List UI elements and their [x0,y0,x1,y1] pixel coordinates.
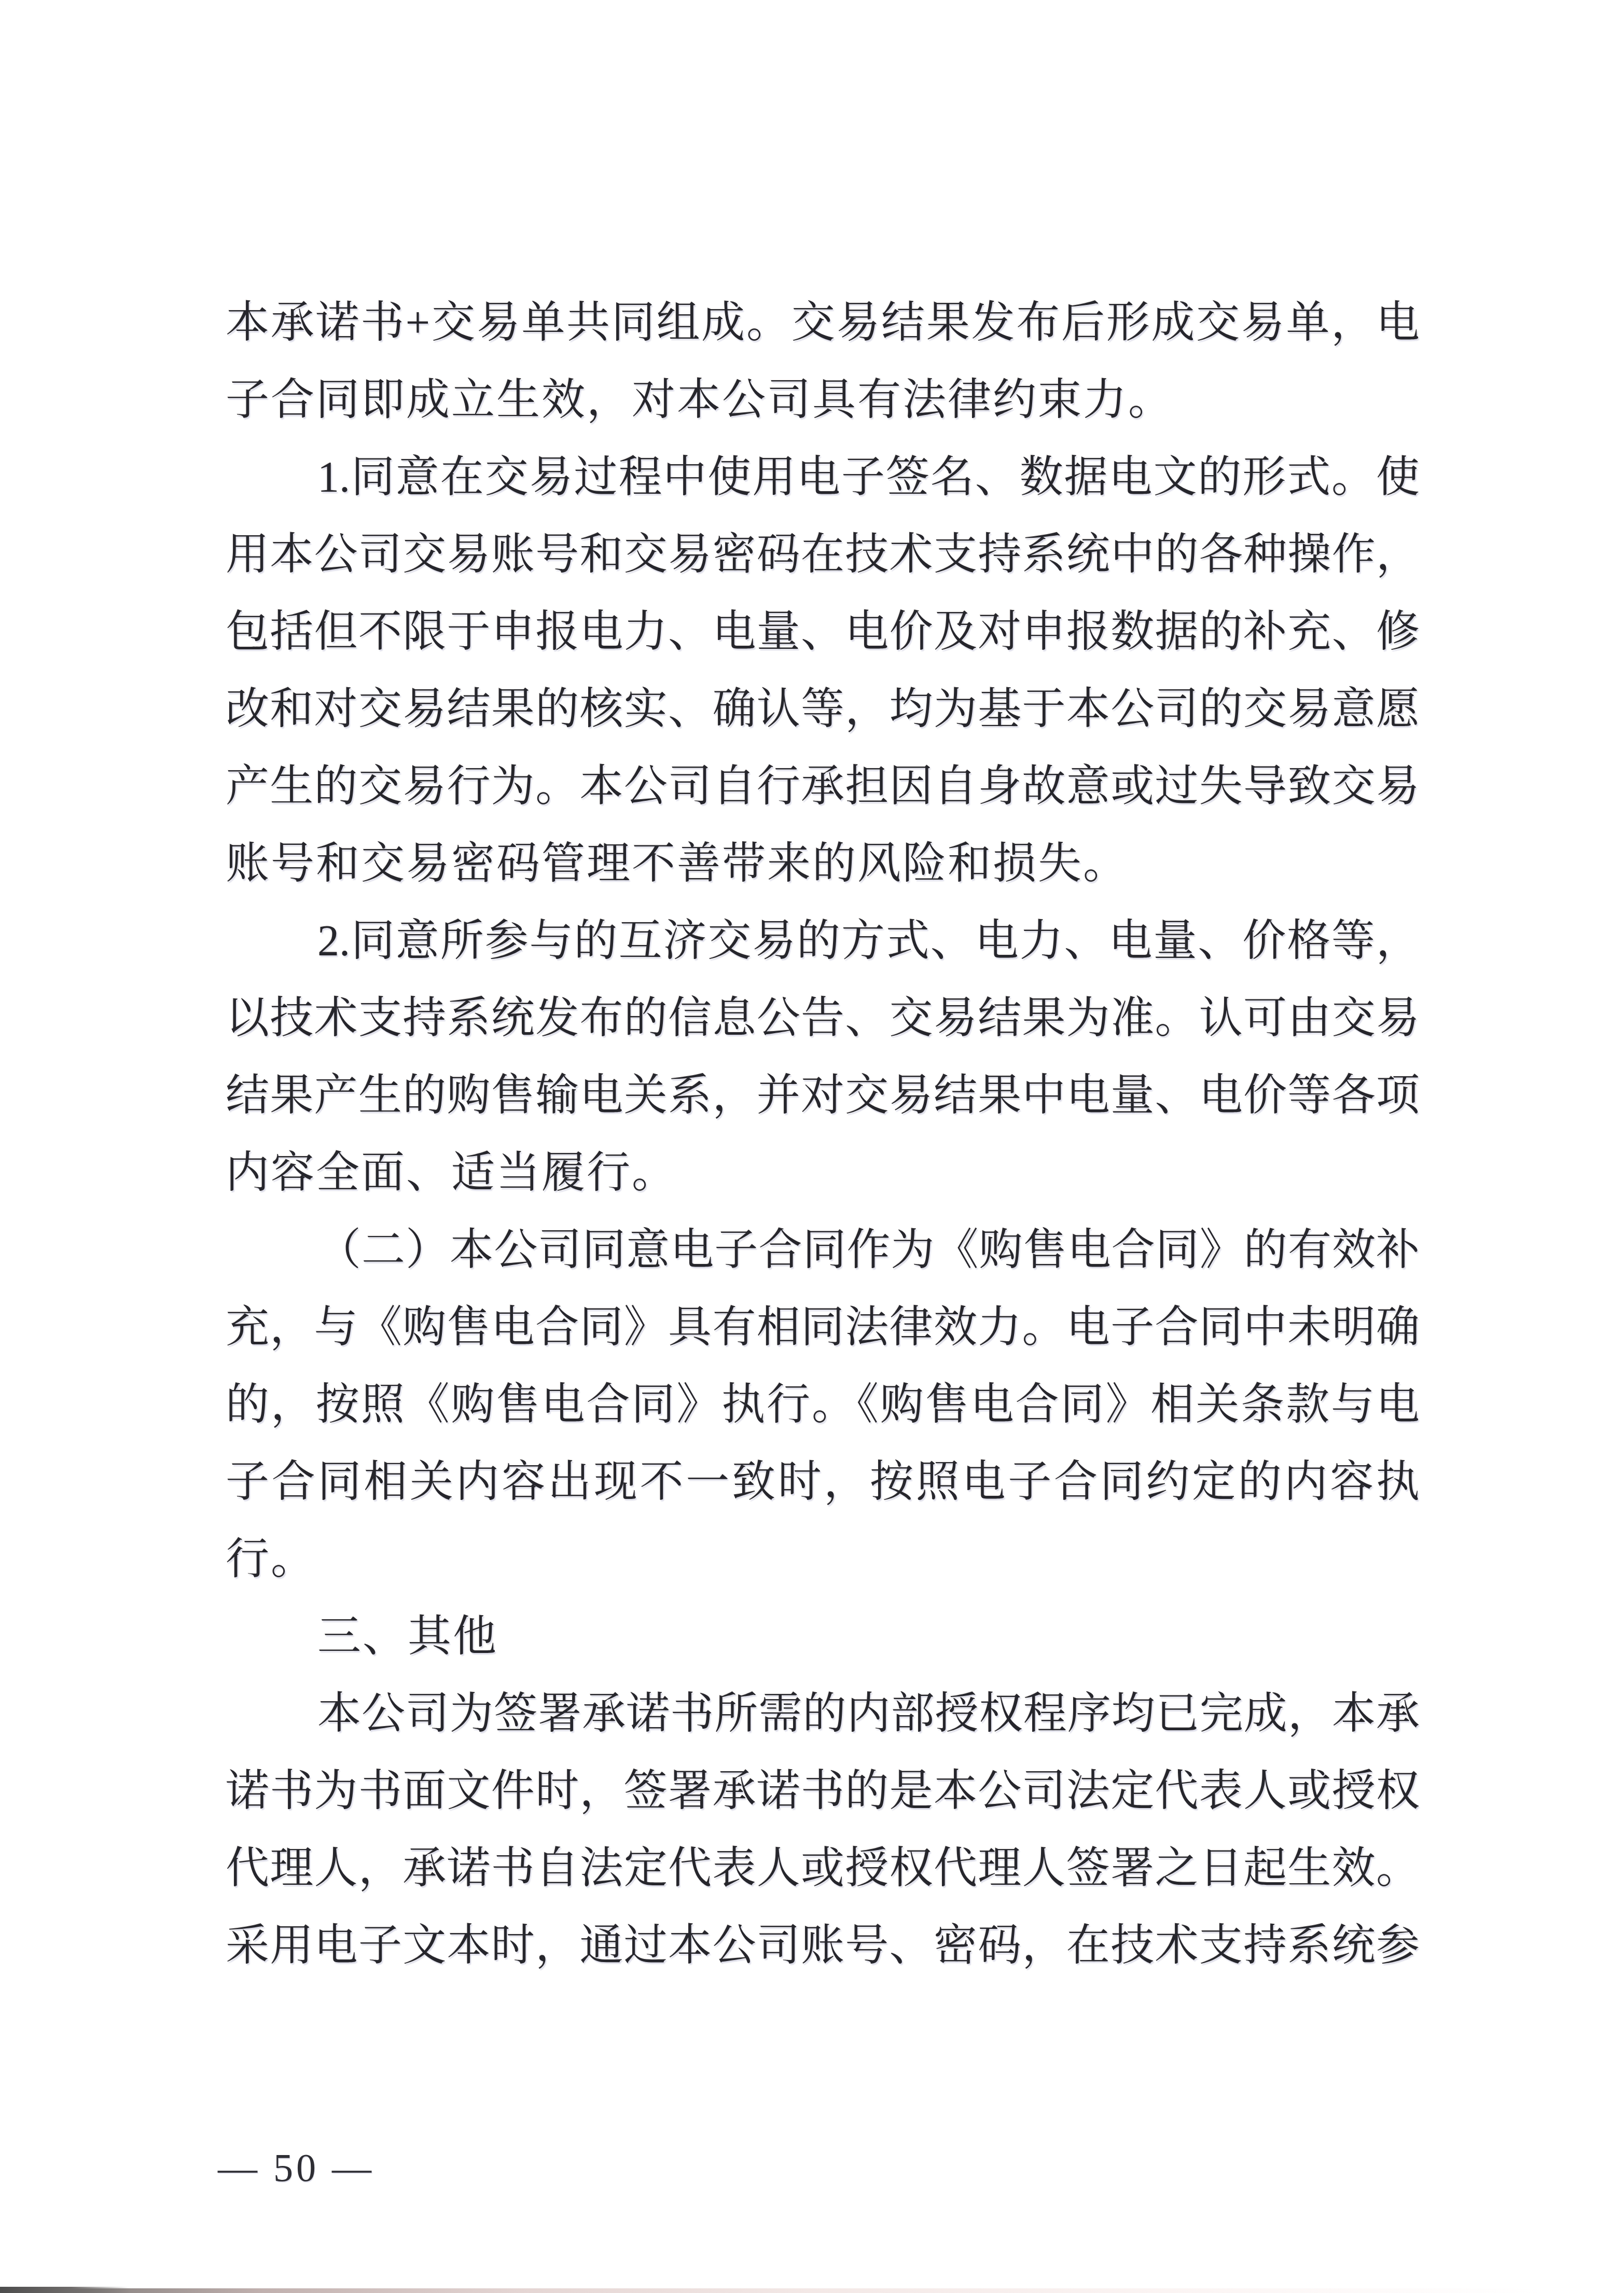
text-line: 包括但不限于申报电力、电量、电价及对申报数据的补充、修 [226,607,1420,657]
section-heading: 三、其他 [317,1612,1420,1662]
text-line: 子合同相关内容出现不一致时，按照电子合同约定的内容执 [226,1457,1420,1507]
text-line: 行。 [226,1535,1420,1585]
text-line: 改和对交易结果的核实、确认等，均为基于本公司的交易意愿 [226,685,1420,734]
text-line: 采用电子文本时，通过本公司账号、密码，在技术支持系统参 [226,1921,1420,1971]
text-line: 产生的交易行为。本公司自行承担因自身故意或过失导致交易 [226,762,1420,812]
text-line: 结果产生的购售输电关系，并对交易结果中电量、电价等各项 [226,1071,1420,1121]
text-line: 子合同即成立生效，对本公司具有法律约束力。 [226,376,1420,425]
scan-edge-artifact [0,2288,1624,2293]
text-line: 诺书为书面文件时，签署承诺书的是本公司法定代表人或授权 [226,1767,1420,1816]
scan-corner-artifact [0,2287,130,2293]
text-line: 本公司为签署承诺书所需的内部授权程序均已完成，本承 [317,1689,1420,1739]
text-line: 用本公司交易账号和交易密码在技术支持系统中的各种操作， [226,530,1420,580]
text-line: 充，与《购售电合同》具有相同法律效力。电子合同中未明确 [226,1303,1420,1353]
text-line: 账号和交易密码管理不善带来的风险和损失。 [226,839,1420,889]
text-line: 本承诺书+交易单共同组成。交易结果发布后形成交易单，电 [226,298,1420,348]
text-line: 的，按照《购售电合同》执行。《购售电合同》相关条款与电 [226,1380,1420,1430]
page-number: — 50 — [218,2147,374,2189]
text-line: 内容全面、适当履行。 [226,1148,1420,1198]
text-line: （二）本公司同意电子合同作为《购售电合同》的有效补 [317,1226,1420,1275]
text-line: 2.同意所参与的互济交易的方式、电力、电量、价格等， [317,916,1420,966]
text-line: 以技术支持系统发布的信息公告、交易结果为准。认可由交易 [226,994,1420,1044]
text-line: 1.同意在交易过程中使用电子签名、数据电文的形式。使 [317,453,1420,503]
text-line: 代理人，承诺书自法定代表人或授权代理人签署之日起生效。 [226,1844,1420,1894]
document-page: 本承诺书+交易单共同组成。交易结果发布后形成交易单，电 子合同即成立生效，对本公… [0,0,1624,2293]
